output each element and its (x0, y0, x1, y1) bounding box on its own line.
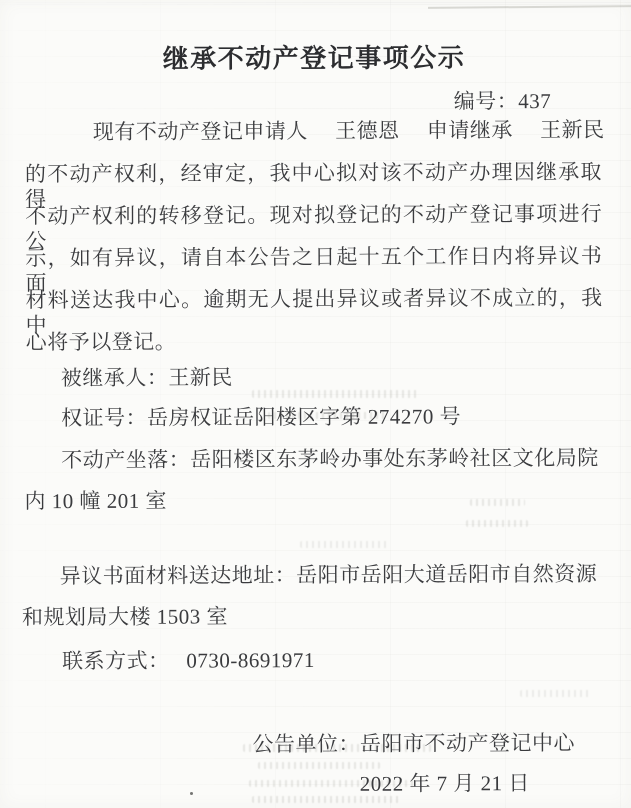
field-property-location-line1: 不动产坐落：岳阳楼区东茅岭办事处东茅岭社区文化局院 (61, 446, 599, 474)
footer-issuer: 公告单位：岳阳市不动产登记中心 (252, 731, 575, 758)
field-objection-address-line1: 异议书面材料送达地址：岳阳市岳阳大道岳阳市自然资源 (60, 562, 598, 590)
notice-content: 继承不动产登记事项公示 编号：437 现有不动产登记申请人 王德恩 申请继承 王… (0, 0, 631, 808)
notice-title: 继承不动产登记事项公示 (0, 37, 630, 77)
field-certificate-number: 权证号：岳房权证岳阳楼区字第 274270 号 (61, 404, 461, 431)
field-property-location-line2: 内 10 幢 201 室 (24, 489, 167, 515)
field-contact-phone: 联系方式： 0730-8691971 (62, 648, 315, 674)
scanned-notice-page: 继承不动产登记事项公示 编号：437 现有不动产登记申请人 王德恩 申请继承 王… (0, 0, 631, 808)
field-heir: 被继承人：王新民 (61, 365, 233, 391)
doc-number: 编号：437 (454, 89, 552, 115)
footer-date: 2022 年 7 月 21 日 (360, 771, 530, 797)
field-objection-address-line2: 和规划局大楼 1503 室 (22, 604, 228, 630)
body-line-6: 心将予以登记。 (26, 330, 177, 356)
body-line-1: 现有不动产登记申请人 王德恩 申请继承 王新民 (93, 118, 605, 145)
